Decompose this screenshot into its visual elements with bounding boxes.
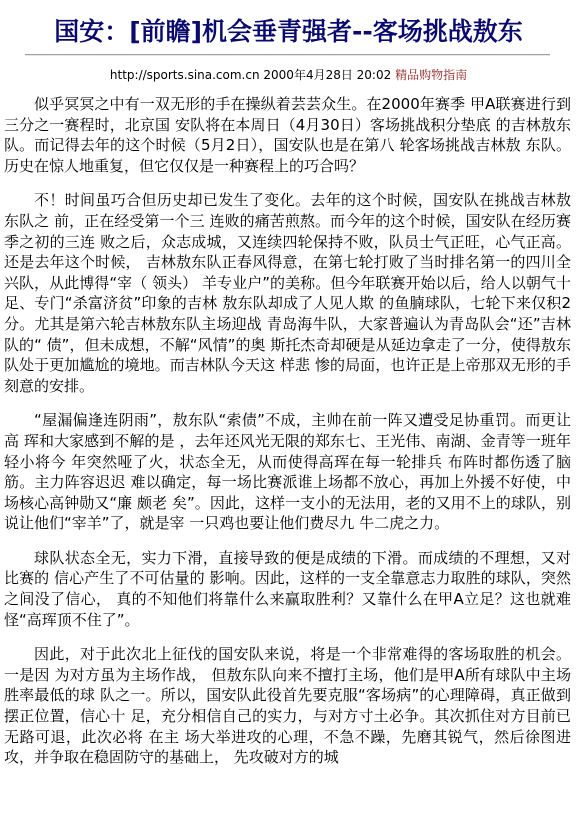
article-meta: http://sports.sina.com.cn 2000年4月28日 20:… <box>0 67 577 83</box>
article-paragraph: 似乎冥冥之中有一双无形的手在操纵着芸芸众生。在2000年赛季 甲A联赛进行到三分… <box>4 94 571 176</box>
publish-datetime: 2000年4月28日 20:02 <box>263 68 391 82</box>
article-paragraph: 球队状态全无，实力下滑，直接导致的便是成绩的下滑。而成绩的不理想，又对比赛的 信… <box>4 548 571 630</box>
title-divider <box>25 54 550 56</box>
article-paragraph: 因此，对于此次北上征伐的国安队来说，将是一个非常难得的客场取胜的机会。一是因 为… <box>4 644 571 768</box>
source-url: http://sports.sina.com.cn <box>110 68 260 82</box>
article-paragraph: “屋漏偏逢连阴雨”，敖东队“索债”不成，主帅在前一阵又遭受足协重罚。而更让高 珲… <box>4 410 571 534</box>
article-body: 似乎冥冥之中有一双无形的手在操纵着芸芸众生。在2000年赛季 甲A联赛进行到三分… <box>0 94 577 768</box>
article-title: 国安：[前瞻]机会垂青强者--客场挑战敖东 <box>0 0 577 48</box>
article-page: 国安：[前瞻]机会垂青强者--客场挑战敖东 http://sports.sina… <box>0 0 577 768</box>
shopping-guide-link[interactable]: 精品购物指南 <box>395 68 467 82</box>
article-paragraph: 不！时间虽巧合但历史却已发生了变化。去年的这个时候，国安队在挑战吉林敖东队之 前… <box>4 190 571 396</box>
